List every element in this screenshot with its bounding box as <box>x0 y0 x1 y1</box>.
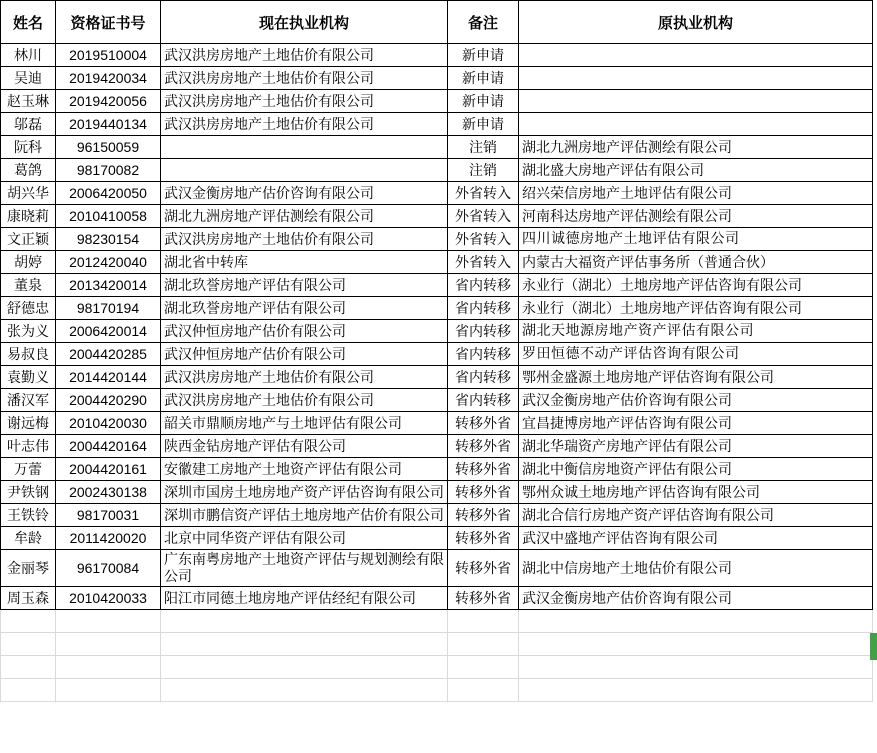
cell-note[interactable]: 转移外省 <box>448 412 519 435</box>
table-row: 周玉森2010420033阳江市同德土地房地产评估经纪有限公司转移外省武汉金衡房… <box>1 587 873 610</box>
cell-note[interactable]: 转移外省 <box>448 481 519 504</box>
assessor-table: 姓名 资格证书号 现在执业机构 备注 原执业机构 林川2019510004武汉洪… <box>0 0 873 702</box>
cell-note[interactable]: 外省转入 <box>448 182 519 205</box>
cell-current-org[interactable]: 武汉金衡房地产估价咨询有限公司 <box>161 182 448 205</box>
table-row: 胡兴华2006420050武汉金衡房地产估价咨询有限公司外省转入绍兴荣信房地产土… <box>1 182 873 205</box>
cell-name[interactable]: 阮科 <box>1 136 56 159</box>
cell-cert-number[interactable]: 2019440134 <box>56 113 161 136</box>
cell-cert-number[interactable]: 98170082 <box>56 159 161 182</box>
cell-note[interactable]: 省内转移 <box>448 274 519 297</box>
cell-cert-number[interactable]: 2014420144 <box>56 366 161 389</box>
cell-note[interactable]: 省内转移 <box>448 320 519 343</box>
cell-current-org[interactable]: 安徽建工房地产土地资产评估有限公司 <box>161 458 448 481</box>
cell-original-org[interactable] <box>519 90 873 113</box>
cell-cert-number[interactable]: 2019420034 <box>56 67 161 90</box>
cell-cert-number[interactable]: 2002430138 <box>56 481 161 504</box>
table-row: 舒德忠98170194湖北玖誉房地产评估有限公司省内转移永业行（湖北）土地房地产… <box>1 297 873 320</box>
cell-original-org[interactable]: 宜昌捷博房地产评估咨询有限公司 <box>519 412 873 435</box>
table-row: 吴迪2019420034武汉洪房房地产土地估价有限公司新申请 <box>1 67 873 90</box>
cell-current-org[interactable]: 阳江市同德土地房地产评估经纪有限公司 <box>161 587 448 610</box>
cell-note[interactable]: 省内转移 <box>448 366 519 389</box>
cell-name[interactable]: 潘汉军 <box>1 389 56 412</box>
table-row: 袁勤义2014420144武汉洪房房地产土地估价有限公司省内转移鄂州金盛源土地房… <box>1 366 873 389</box>
cell-original-org[interactable]: 湖北华瑞资产房地产评估有限公司 <box>519 435 873 458</box>
cell-current-org[interactable]: 广东南粤房地产土地资产评估与规划测绘有限公司 <box>161 550 448 587</box>
cell-cert-number[interactable]: 2004420285 <box>56 343 161 366</box>
table-row: 胡婷2012420040湖北省中转库外省转入内蒙古大福资产评估事务所（普通合伙） <box>1 251 873 274</box>
cell-cert-number[interactable]: 2012420040 <box>56 251 161 274</box>
cell-note[interactable]: 新申请 <box>448 44 519 67</box>
cell-note[interactable]: 转移外省 <box>448 458 519 481</box>
cell-original-org[interactable]: 湖北中信房地产土地估价有限公司 <box>519 550 873 587</box>
cell-original-org[interactable]: 罗田恒德不动产评估咨询有限公司 <box>519 343 873 366</box>
table-row: 林川2019510004武汉洪房房地产土地估价有限公司新申请 <box>1 44 873 67</box>
cell-current-org[interactable]: 湖北玖誉房地产评估有限公司 <box>161 274 448 297</box>
empty-cell[interactable] <box>161 656 448 679</box>
empty-cell[interactable] <box>161 679 448 702</box>
cell-original-org[interactable] <box>519 44 873 67</box>
cell-cert-number[interactable]: 2019420056 <box>56 90 161 113</box>
cell-note[interactable]: 省内转移 <box>448 343 519 366</box>
table-header-row: 姓名 资格证书号 现在执业机构 备注 原执业机构 <box>1 1 873 44</box>
empty-row <box>1 656 873 679</box>
cell-note[interactable]: 注销 <box>448 159 519 182</box>
table-row: 葛鸽98170082注销湖北盛大房地产评估有限公司 <box>1 159 873 182</box>
empty-cell[interactable] <box>448 633 519 656</box>
column-header-original-org[interactable]: 原执业机构 <box>519 1 873 44</box>
cell-name[interactable]: 林川 <box>1 44 56 67</box>
cell-cert-number[interactable]: 2004420290 <box>56 389 161 412</box>
cell-name[interactable]: 周玉森 <box>1 587 56 610</box>
cell-cert-number[interactable]: 96170084 <box>56 550 161 587</box>
cell-original-org[interactable]: 永业行（湖北）土地房地产评估咨询有限公司 <box>519 297 873 320</box>
cell-name[interactable]: 叶志伟 <box>1 435 56 458</box>
cell-cert-number[interactable]: 98170194 <box>56 297 161 320</box>
cell-current-org[interactable]: 武汉洪房房地产土地估价有限公司 <box>161 366 448 389</box>
cell-note[interactable]: 转移外省 <box>448 527 519 550</box>
table-row: 万蕾2004420161安徽建工房地产土地资产评估有限公司转移外省湖北中衡信房地… <box>1 458 873 481</box>
cell-cert-number[interactable]: 96150059 <box>56 136 161 159</box>
table-row: 董泉2013420014湖北玖誉房地产评估有限公司省内转移永业行（湖北）土地房地… <box>1 274 873 297</box>
cell-note[interactable]: 新申请 <box>448 90 519 113</box>
table-row: 邬磊2019440134武汉洪房房地产土地估价有限公司新申请 <box>1 113 873 136</box>
table-row: 谢远梅2010420030韶关市鼎顺房地产与土地评估有限公司转移外省宜昌捷博房地… <box>1 412 873 435</box>
table-row: 阮科96150059注销湖北九洲房地产评估测绘有限公司 <box>1 136 873 159</box>
cell-current-org[interactable]: 深圳市鹏信资产评估土地房地产估价有限公司 <box>161 504 448 527</box>
cell-cert-number[interactable]: 2010420030 <box>56 412 161 435</box>
empty-row <box>1 610 873 633</box>
cell-current-org[interactable]: 武汉洪房房地产土地估价有限公司 <box>161 90 448 113</box>
cell-current-org[interactable]: 深圳市国房土地房地产资产评估咨询有限公司 <box>161 481 448 504</box>
cell-original-org[interactable]: 武汉金衡房地产估价咨询有限公司 <box>519 587 873 610</box>
empty-cell[interactable] <box>1 656 56 679</box>
cell-cert-number[interactable]: 2004420164 <box>56 435 161 458</box>
column-header-cert-number[interactable]: 资格证书号 <box>56 1 161 44</box>
cell-current-org[interactable]: 湖北省中转库 <box>161 251 448 274</box>
table-row: 尹铁钢2002430138深圳市国房土地房地产资产评估咨询有限公司转移外省鄂州众… <box>1 481 873 504</box>
empty-cell[interactable] <box>448 610 519 633</box>
cell-current-org[interactable]: 北京中同华资产评估有限公司 <box>161 527 448 550</box>
cell-note[interactable]: 转移外省 <box>448 504 519 527</box>
table-row: 牟龄2011420020北京中同华资产评估有限公司转移外省武汉中盛地产评估咨询有… <box>1 527 873 550</box>
cell-current-org[interactable]: 陕西金钻房地产评估有限公司 <box>161 435 448 458</box>
table-row: 易叔良2004420285武汉仲恒房地产估价有限公司省内转移罗田恒德不动产评估咨… <box>1 343 873 366</box>
cell-original-org[interactable]: 武汉中盛地产评估咨询有限公司 <box>519 527 873 550</box>
cell-current-org[interactable]: 武汉仲恒房地产估价有限公司 <box>161 343 448 366</box>
active-cell-selection-border <box>870 633 877 660</box>
cell-original-org[interactable]: 河南科达房地产评估测绘有限公司 <box>519 205 873 228</box>
cell-original-org[interactable]: 武汉金衡房地产估价咨询有限公司 <box>519 389 873 412</box>
cell-cert-number[interactable]: 98170031 <box>56 504 161 527</box>
cell-name[interactable]: 牟龄 <box>1 527 56 550</box>
cell-name[interactable]: 胡婷 <box>1 251 56 274</box>
cell-original-org[interactable]: 绍兴荣信房地产土地评估有限公司 <box>519 182 873 205</box>
cell-name[interactable]: 董泉 <box>1 274 56 297</box>
table-row: 康晓莉2010410058湖北九洲房地产评估测绘有限公司外省转入河南科达房地产评… <box>1 205 873 228</box>
cell-name[interactable]: 袁勤义 <box>1 366 56 389</box>
cell-cert-number[interactable]: 2004420161 <box>56 458 161 481</box>
table-row: 王铁铃98170031深圳市鹏信资产评估土地房地产估价有限公司转移外省湖北合信行… <box>1 504 873 527</box>
empty-cell[interactable] <box>1 633 56 656</box>
cell-note[interactable]: 外省转入 <box>448 228 519 251</box>
cell-note[interactable]: 注销 <box>448 136 519 159</box>
column-header-name[interactable]: 姓名 <box>1 1 56 44</box>
cell-original-org[interactable] <box>519 67 873 90</box>
empty-cell[interactable] <box>519 679 873 702</box>
cell-name[interactable]: 葛鸽 <box>1 159 56 182</box>
cell-original-org[interactable]: 四川诚德房地产土地评估有限公司 <box>519 228 873 251</box>
table-row: 潘汉军2004420290武汉洪房房地产土地估价有限公司省内转移武汉金衡房地产估… <box>1 389 873 412</box>
cell-current-org[interactable]: 湖北玖誉房地产评估有限公司 <box>161 297 448 320</box>
cell-original-org[interactable]: 湖北九洲房地产评估测绘有限公司 <box>519 136 873 159</box>
cell-note[interactable]: 外省转入 <box>448 205 519 228</box>
cell-cert-number[interactable]: 2006420014 <box>56 320 161 343</box>
cell-current-org[interactable] <box>161 159 448 182</box>
empty-cell[interactable] <box>448 679 519 702</box>
cell-name[interactable]: 王铁铃 <box>1 504 56 527</box>
cell-cert-number[interactable]: 98230154 <box>56 228 161 251</box>
cell-current-org[interactable]: 韶关市鼎顺房地产与土地评估有限公司 <box>161 412 448 435</box>
empty-row <box>1 633 873 656</box>
empty-cell[interactable] <box>56 610 161 633</box>
cell-cert-number[interactable]: 2010420033 <box>56 587 161 610</box>
empty-cell[interactable] <box>1 610 56 633</box>
cell-original-org[interactable]: 湖北中衡信房地资产评估有限公司 <box>519 458 873 481</box>
empty-cell[interactable] <box>519 656 873 679</box>
cell-note[interactable]: 转移外省 <box>448 550 519 587</box>
cell-note[interactable]: 转移外省 <box>448 435 519 458</box>
cell-original-org[interactable]: 湖北合信行房地产资产评估咨询有限公司 <box>519 504 873 527</box>
cell-current-org[interactable]: 武汉洪房房地产土地估价有限公司 <box>161 228 448 251</box>
cell-cert-number[interactable]: 2006420050 <box>56 182 161 205</box>
table-row: 赵玉琳2019420056武汉洪房房地产土地估价有限公司新申请 <box>1 90 873 113</box>
cell-name[interactable]: 谢远梅 <box>1 412 56 435</box>
empty-row <box>1 679 873 702</box>
column-header-current-org[interactable]: 现在执业机构 <box>161 1 448 44</box>
cell-current-org[interactable]: 武汉仲恒房地产估价有限公司 <box>161 320 448 343</box>
cell-original-org[interactable]: 内蒙古大福资产评估事务所（普通合伙） <box>519 251 873 274</box>
cell-cert-number[interactable]: 2011420020 <box>56 527 161 550</box>
cell-current-org[interactable]: 武汉洪房房地产土地估价有限公司 <box>161 67 448 90</box>
cell-note[interactable]: 省内转移 <box>448 297 519 320</box>
table-row: 张为义2006420014武汉仲恒房地产估价有限公司省内转移湖北天地源房地产资产… <box>1 320 873 343</box>
cell-cert-number[interactable]: 2019510004 <box>56 44 161 67</box>
cell-name[interactable]: 邬磊 <box>1 113 56 136</box>
empty-cell[interactable] <box>519 633 873 656</box>
cell-cert-number[interactable]: 2010410058 <box>56 205 161 228</box>
cell-note[interactable]: 外省转入 <box>448 251 519 274</box>
cell-name[interactable]: 赵玉琳 <box>1 90 56 113</box>
table-row: 金丽琴96170084广东南粤房地产土地资产评估与规划测绘有限公司转移外省湖北中… <box>1 550 873 587</box>
column-header-note[interactable]: 备注 <box>448 1 519 44</box>
cell-original-org[interactable]: 湖北盛大房地产评估有限公司 <box>519 159 873 182</box>
cell-note[interactable]: 新申请 <box>448 67 519 90</box>
empty-cell[interactable] <box>161 633 448 656</box>
cell-name[interactable]: 文正颖 <box>1 228 56 251</box>
cell-name[interactable]: 舒德忠 <box>1 297 56 320</box>
cell-name[interactable]: 金丽琴 <box>1 550 56 587</box>
empty-cell[interactable] <box>56 656 161 679</box>
cell-name[interactable]: 易叔良 <box>1 343 56 366</box>
cell-name[interactable]: 万蕾 <box>1 458 56 481</box>
empty-cell[interactable] <box>448 656 519 679</box>
cell-name[interactable]: 吴迪 <box>1 67 56 90</box>
cell-original-org[interactable]: 鄂州金盛源土地房地产评估咨询有限公司 <box>519 366 873 389</box>
table-row: 文正颖98230154武汉洪房房地产土地估价有限公司外省转入四川诚德房地产土地评… <box>1 228 873 251</box>
table-row: 叶志伟2004420164陕西金钻房地产评估有限公司转移外省湖北华瑞资产房地产评… <box>1 435 873 458</box>
cell-original-org[interactable]: 鄂州众诚土地房地产评估咨询有限公司 <box>519 481 873 504</box>
empty-cell[interactable] <box>161 610 448 633</box>
empty-cell[interactable] <box>1 679 56 702</box>
empty-cell[interactable] <box>519 610 873 633</box>
cell-name[interactable]: 张为义 <box>1 320 56 343</box>
spreadsheet-view: 姓名 资格证书号 现在执业机构 备注 原执业机构 林川2019510004武汉洪… <box>0 0 877 753</box>
cell-current-org[interactable]: 武汉洪房房地产土地估价有限公司 <box>161 113 448 136</box>
cell-note[interactable]: 省内转移 <box>448 389 519 412</box>
cell-note[interactable]: 新申请 <box>448 113 519 136</box>
cell-original-org[interactable]: 永业行（湖北）土地房地产评估咨询有限公司 <box>519 274 873 297</box>
cell-name[interactable]: 胡兴华 <box>1 182 56 205</box>
cell-original-org[interactable]: 湖北天地源房地产资产评估有限公司 <box>519 320 873 343</box>
cell-name[interactable]: 尹铁钢 <box>1 481 56 504</box>
cell-current-org[interactable]: 武汉洪房房地产土地估价有限公司 <box>161 389 448 412</box>
cell-current-org[interactable]: 武汉洪房房地产土地估价有限公司 <box>161 44 448 67</box>
empty-cell[interactable] <box>56 633 161 656</box>
cell-original-org[interactable] <box>519 113 873 136</box>
cell-name[interactable]: 康晓莉 <box>1 205 56 228</box>
cell-current-org[interactable] <box>161 136 448 159</box>
empty-cell[interactable] <box>56 679 161 702</box>
cell-note[interactable]: 转移外省 <box>448 587 519 610</box>
cell-cert-number[interactable]: 2013420014 <box>56 274 161 297</box>
cell-current-org[interactable]: 湖北九洲房地产评估测绘有限公司 <box>161 205 448 228</box>
